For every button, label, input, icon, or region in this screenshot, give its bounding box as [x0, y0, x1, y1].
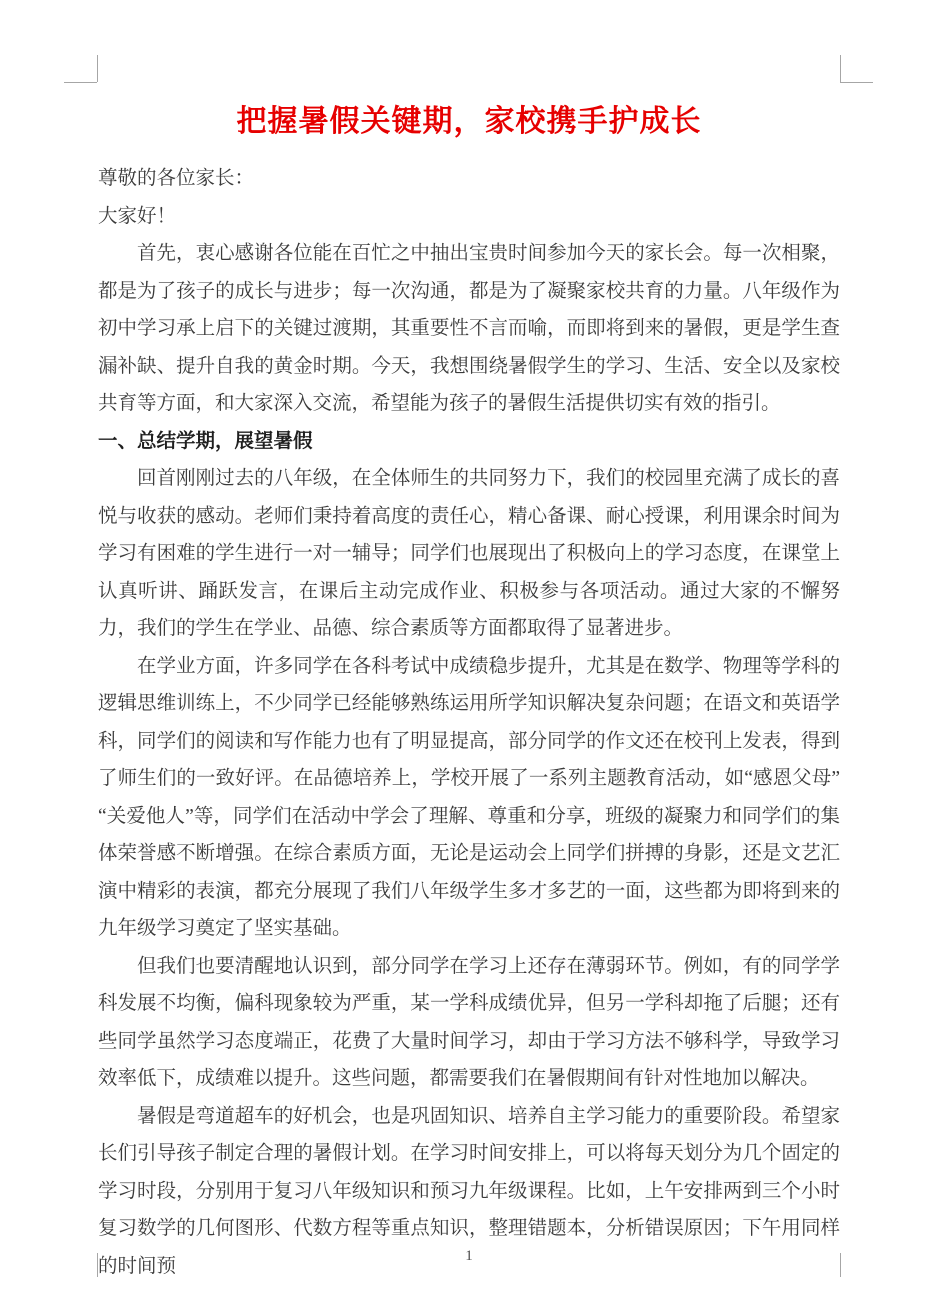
paragraph-intro: 首先，衷心感谢各位能在百忙之中抽出宝贵时间参加今天的家长会。每一次相聚，都是为了…	[98, 235, 840, 423]
crop-mark-top-right-horizontal	[840, 82, 873, 83]
document-title: 把握暑假关键期，家校携手护成长	[98, 101, 840, 143]
crop-mark-top-left-horizontal	[64, 82, 97, 83]
greeting-line: 大家好！	[98, 198, 840, 236]
paragraph-achievements: 在学业方面，许多同学在各科考试中成绩稳步提升，尤其是在数学、物理等学科的逻辑思维…	[98, 648, 840, 948]
page-number: 1	[0, 1247, 938, 1265]
paragraph-semester-review: 回首刚刚过去的八年级，在全体师生的共同努力下，我们的校园里充满了成长的喜悦与收获…	[98, 460, 840, 648]
section-heading-1: 一、总结学期，展望暑假	[98, 423, 840, 461]
salutation-line: 尊敬的各位家长：	[98, 160, 840, 198]
paragraph-weaknesses: 但我们也要清醒地认识到，部分同学在学习上还存在薄弱环节。例如，有的同学学科发展不…	[98, 948, 840, 1098]
crop-mark-top-right-vertical	[840, 55, 841, 82]
document-page: 把握暑假关键期，家校携手护成长 尊敬的各位家长： 大家好！ 首先，衷心感谢各位能…	[0, 0, 938, 1297]
crop-mark-top-left-vertical	[97, 55, 98, 82]
